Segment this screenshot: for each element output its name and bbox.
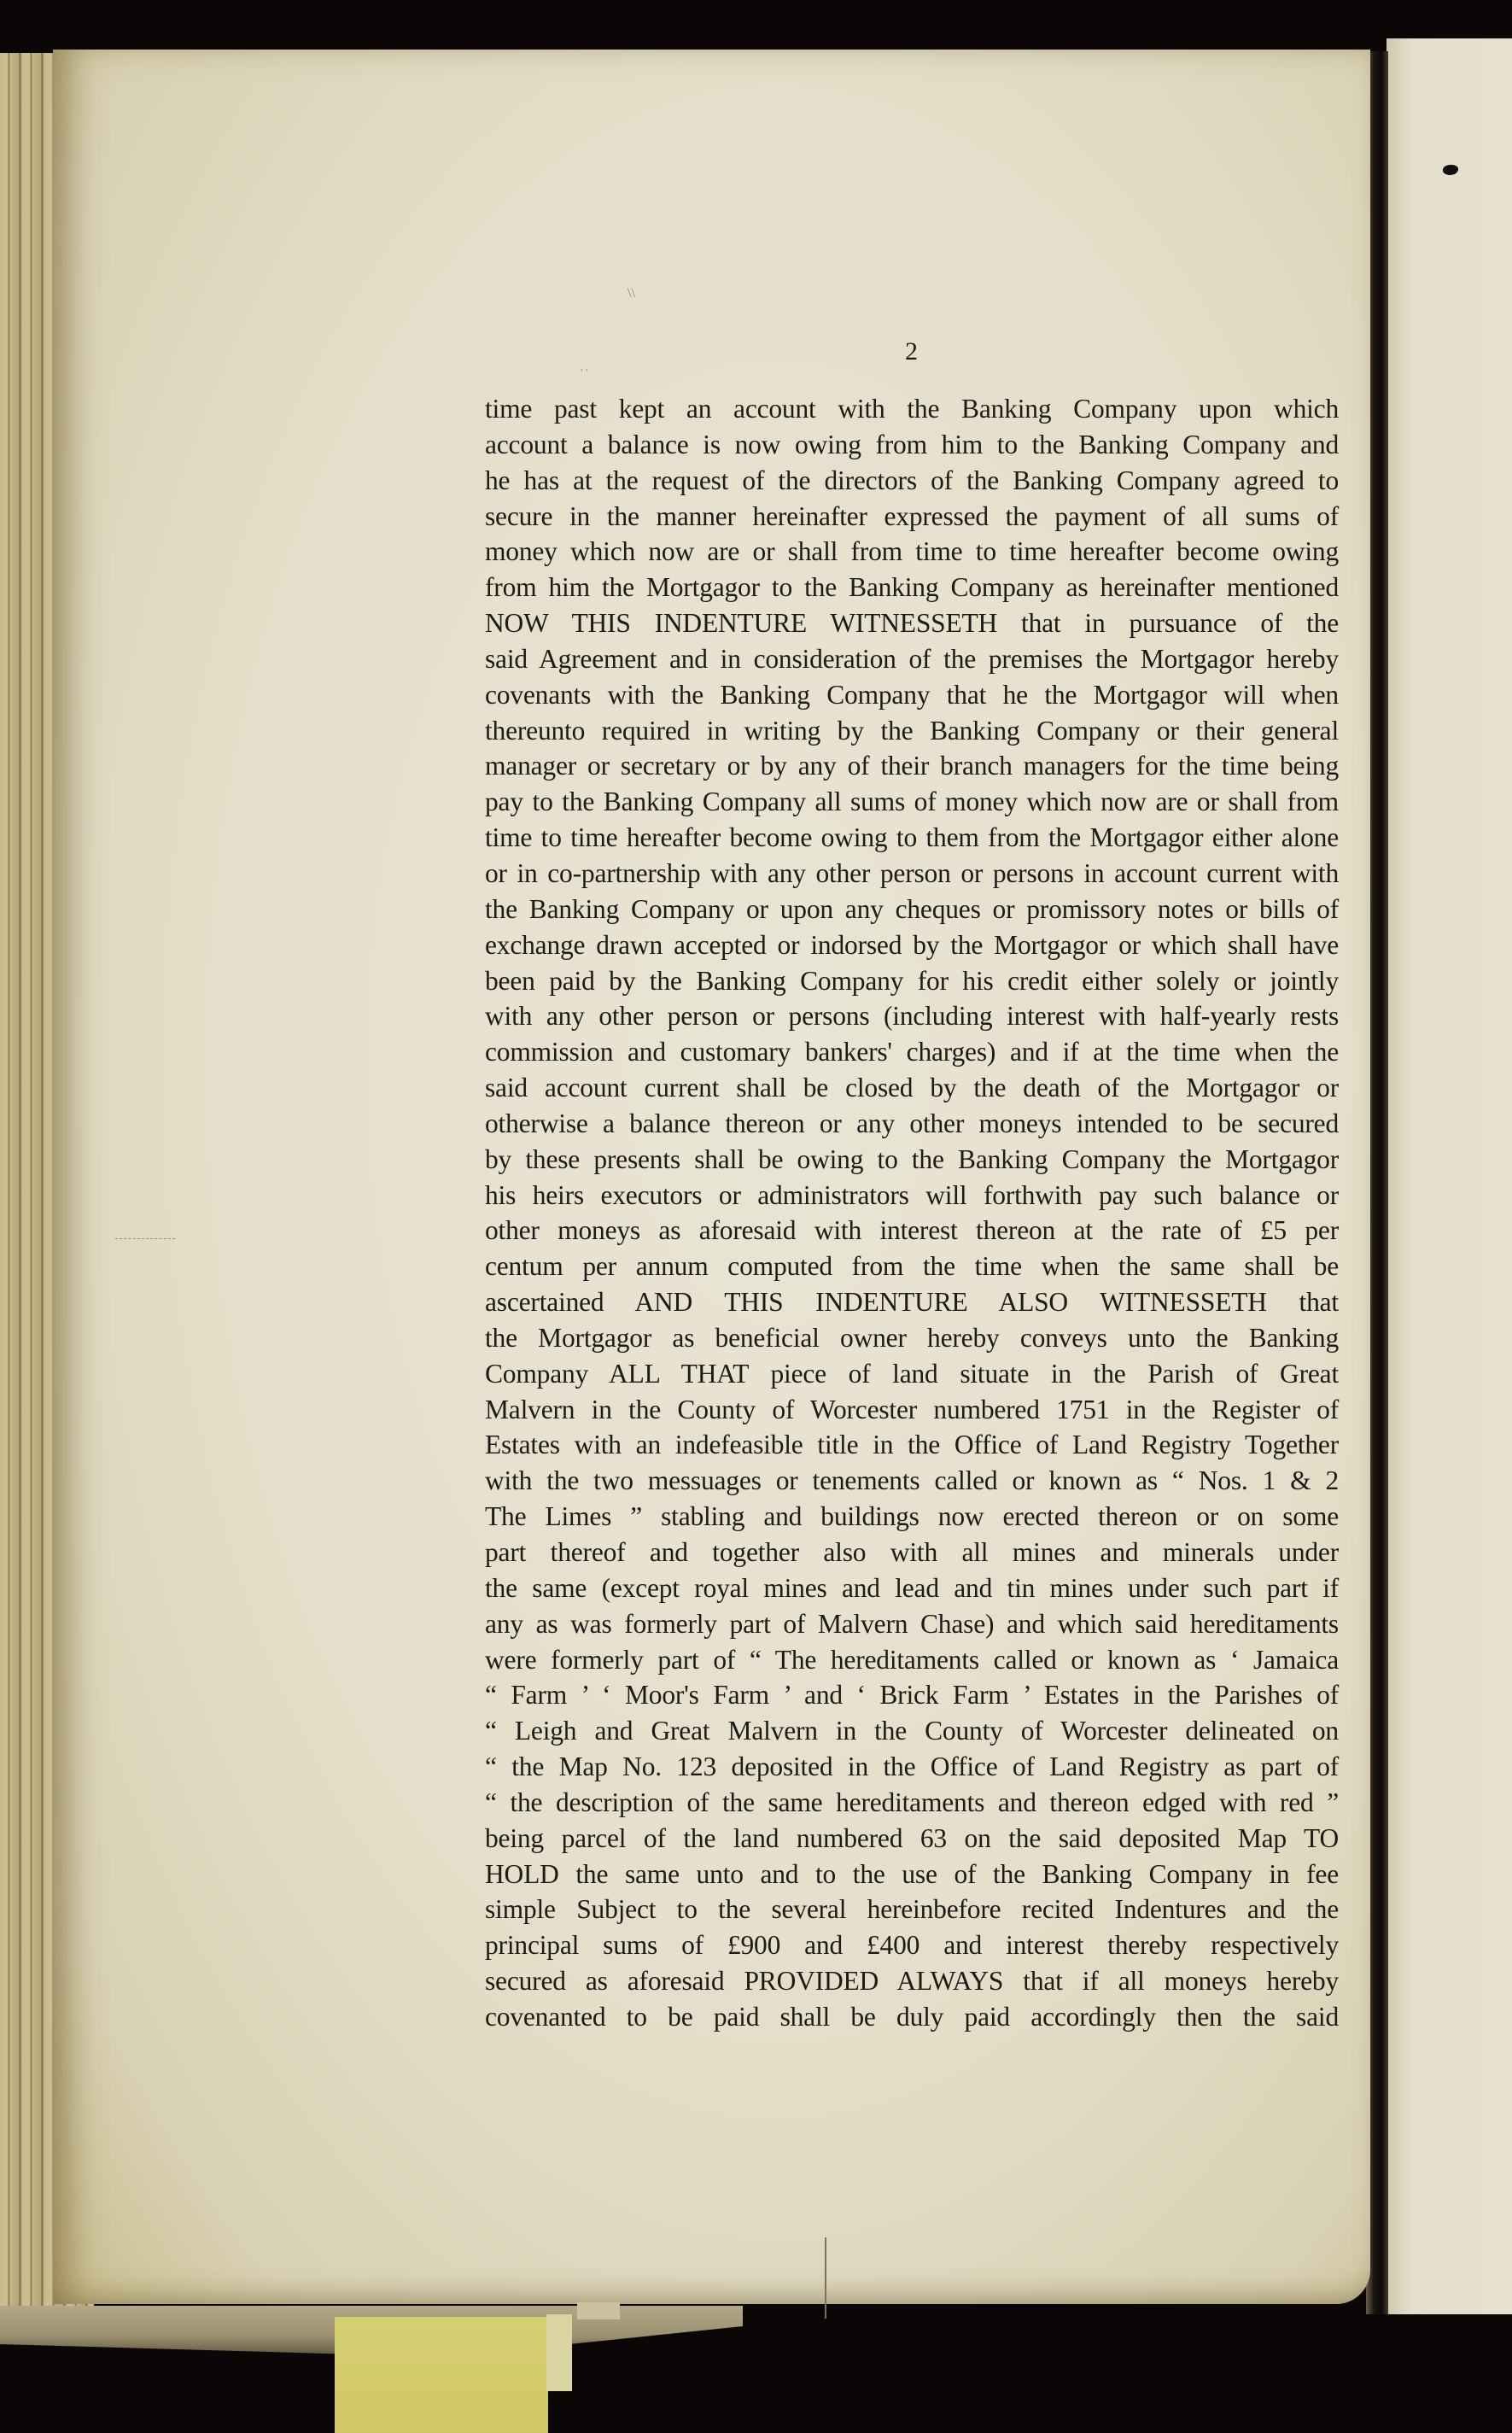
- text-line: “ Farm ’ ‘ Moor's Farm ’ and ‘ Brick Far…: [485, 1677, 1339, 1713]
- text-line: account a balance is now owing from him …: [485, 427, 1339, 463]
- text-line: otherwise a balance thereon or any other…: [485, 1106, 1339, 1142]
- pencil-dash-mark: [115, 1238, 175, 1239]
- text-line: The Limes ” stabling and buildings now e…: [485, 1499, 1339, 1535]
- bookmark-tab-small[interactable]: [546, 2314, 572, 2391]
- text-line: thereunto required in writing by the Ban…: [485, 713, 1339, 749]
- page-number: 2: [905, 337, 918, 366]
- text-line: HOLD the same unto and to the use of the…: [485, 1857, 1339, 1892]
- text-line: covenants with the Banking Company that …: [485, 677, 1339, 713]
- page-crease: [825, 2237, 826, 2319]
- text-line: principal sums of £900 and £400 and inte…: [485, 1927, 1339, 1963]
- text-line: he has at the request of the directors o…: [485, 463, 1339, 499]
- text-line: said account current shall be closed by …: [485, 1070, 1339, 1106]
- text-line: “ Leigh and Great Malvern in the County …: [485, 1713, 1339, 1749]
- text-line: said Agreement and in consideration of t…: [485, 641, 1339, 677]
- torn-paper-fragment: [577, 2302, 620, 2319]
- text-line: being parcel of the land numbered 63 on …: [485, 1821, 1339, 1857]
- text-line: NOW THIS INDENTURE WITNESSETH that in pu…: [485, 605, 1339, 641]
- text-line: from him the Mortgagor to the Banking Co…: [485, 570, 1339, 605]
- text-line: part thereof and together also with all …: [485, 1535, 1339, 1570]
- text-line: Company ALL THAT piece of land situate i…: [485, 1356, 1339, 1392]
- text-line: commission and customary bankers' charge…: [485, 1034, 1339, 1070]
- text-line: the same (except royal mines and lead an…: [485, 1570, 1339, 1606]
- text-line: the Banking Company or upon any cheques …: [485, 892, 1339, 927]
- text-line: money which now are or shall from time t…: [485, 534, 1339, 570]
- pencil-mark: ' ': [581, 367, 588, 381]
- text-line: his heirs executors or administrators wi…: [485, 1178, 1339, 1214]
- text-line: covenanted to be paid shall be duly paid…: [485, 1999, 1339, 2035]
- text-line: Malvern in the County of Worcester numbe…: [485, 1392, 1339, 1428]
- indenture-body-text: time past kept an account with the Banki…: [485, 391, 1339, 2035]
- text-line: time to time hereafter become owing to t…: [485, 820, 1339, 856]
- text-line: secure in the manner hereinafter express…: [485, 499, 1339, 535]
- text-line: any as was formerly part of Malvern Chas…: [485, 1606, 1339, 1642]
- text-line: time past kept an account with the Banki…: [485, 391, 1339, 427]
- text-line: were formerly part of “ The hereditament…: [485, 1642, 1339, 1678]
- text-line: by these presents shall be owing to the …: [485, 1142, 1339, 1178]
- text-line: other moneys as aforesaid with interest …: [485, 1213, 1339, 1249]
- yellow-bookmark-tab[interactable]: [335, 2317, 548, 2433]
- text-line: the Mortgagor as beneficial owner hereby…: [485, 1320, 1339, 1356]
- text-line: simple Subject to the several hereinbefo…: [485, 1892, 1339, 1927]
- facing-page-edge: [1386, 38, 1512, 2314]
- text-line: ascertained AND THIS INDENTURE ALSO WITN…: [485, 1284, 1339, 1320]
- text-line: been paid by the Banking Company for his…: [485, 963, 1339, 999]
- text-line: or in co-partnership with any other pers…: [485, 856, 1339, 892]
- text-line: manager or secretary or by any of their …: [485, 748, 1339, 784]
- text-line: “ the description of the same hereditame…: [485, 1785, 1339, 1821]
- text-line: with any other person or persons (includ…: [485, 998, 1339, 1034]
- text-line: Estates with an indefeasible title in th…: [485, 1427, 1339, 1463]
- pencil-mark: \\: [628, 286, 635, 301]
- text-line: pay to the Banking Company all sums of m…: [485, 784, 1339, 820]
- text-line: centum per annum computed from the time …: [485, 1249, 1339, 1284]
- text-line: secured as aforesaid PROVIDED ALWAYS tha…: [485, 1963, 1339, 1999]
- text-line: with the two messuages or tenements call…: [485, 1463, 1339, 1499]
- text-line: “ the Map No. 123 deposited in the Offic…: [485, 1749, 1339, 1785]
- text-line: exchange drawn accepted or indorsed by t…: [485, 927, 1339, 963]
